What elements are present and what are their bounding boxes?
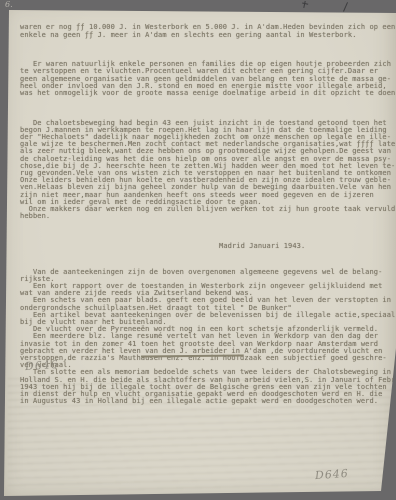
document-page: waren er nog ƒƒ 10.000 J. in Westerbork … — [0, 0, 396, 500]
archive-number-left: D646 — [25, 358, 60, 373]
typewritten-paragraph: Er waren natuurlijk enkele personen en f… — [20, 61, 396, 97]
pen-tick-mark — [303, 1, 306, 8]
dateline: Madrid Januari 1943. — [20, 243, 396, 250]
typewritten-paragraph: De chaloetsbeweging had begin 43 een jui… — [20, 120, 396, 221]
typewritten-text-block: waren er nog ƒƒ 10.000 J. in Westerbork … — [20, 10, 396, 420]
archive-number-right: D646 — [315, 467, 350, 482]
scanned-document-photo: 6. waren er nog ƒƒ 10.000 J. in Westerbo… — [0, 0, 396, 500]
typewritten-paragraph: waren er nog ƒƒ 10.000 J. in Westerbork … — [20, 24, 396, 38]
page-number: 6. — [5, 0, 13, 9]
pen-slash-mark — [343, 2, 348, 12]
